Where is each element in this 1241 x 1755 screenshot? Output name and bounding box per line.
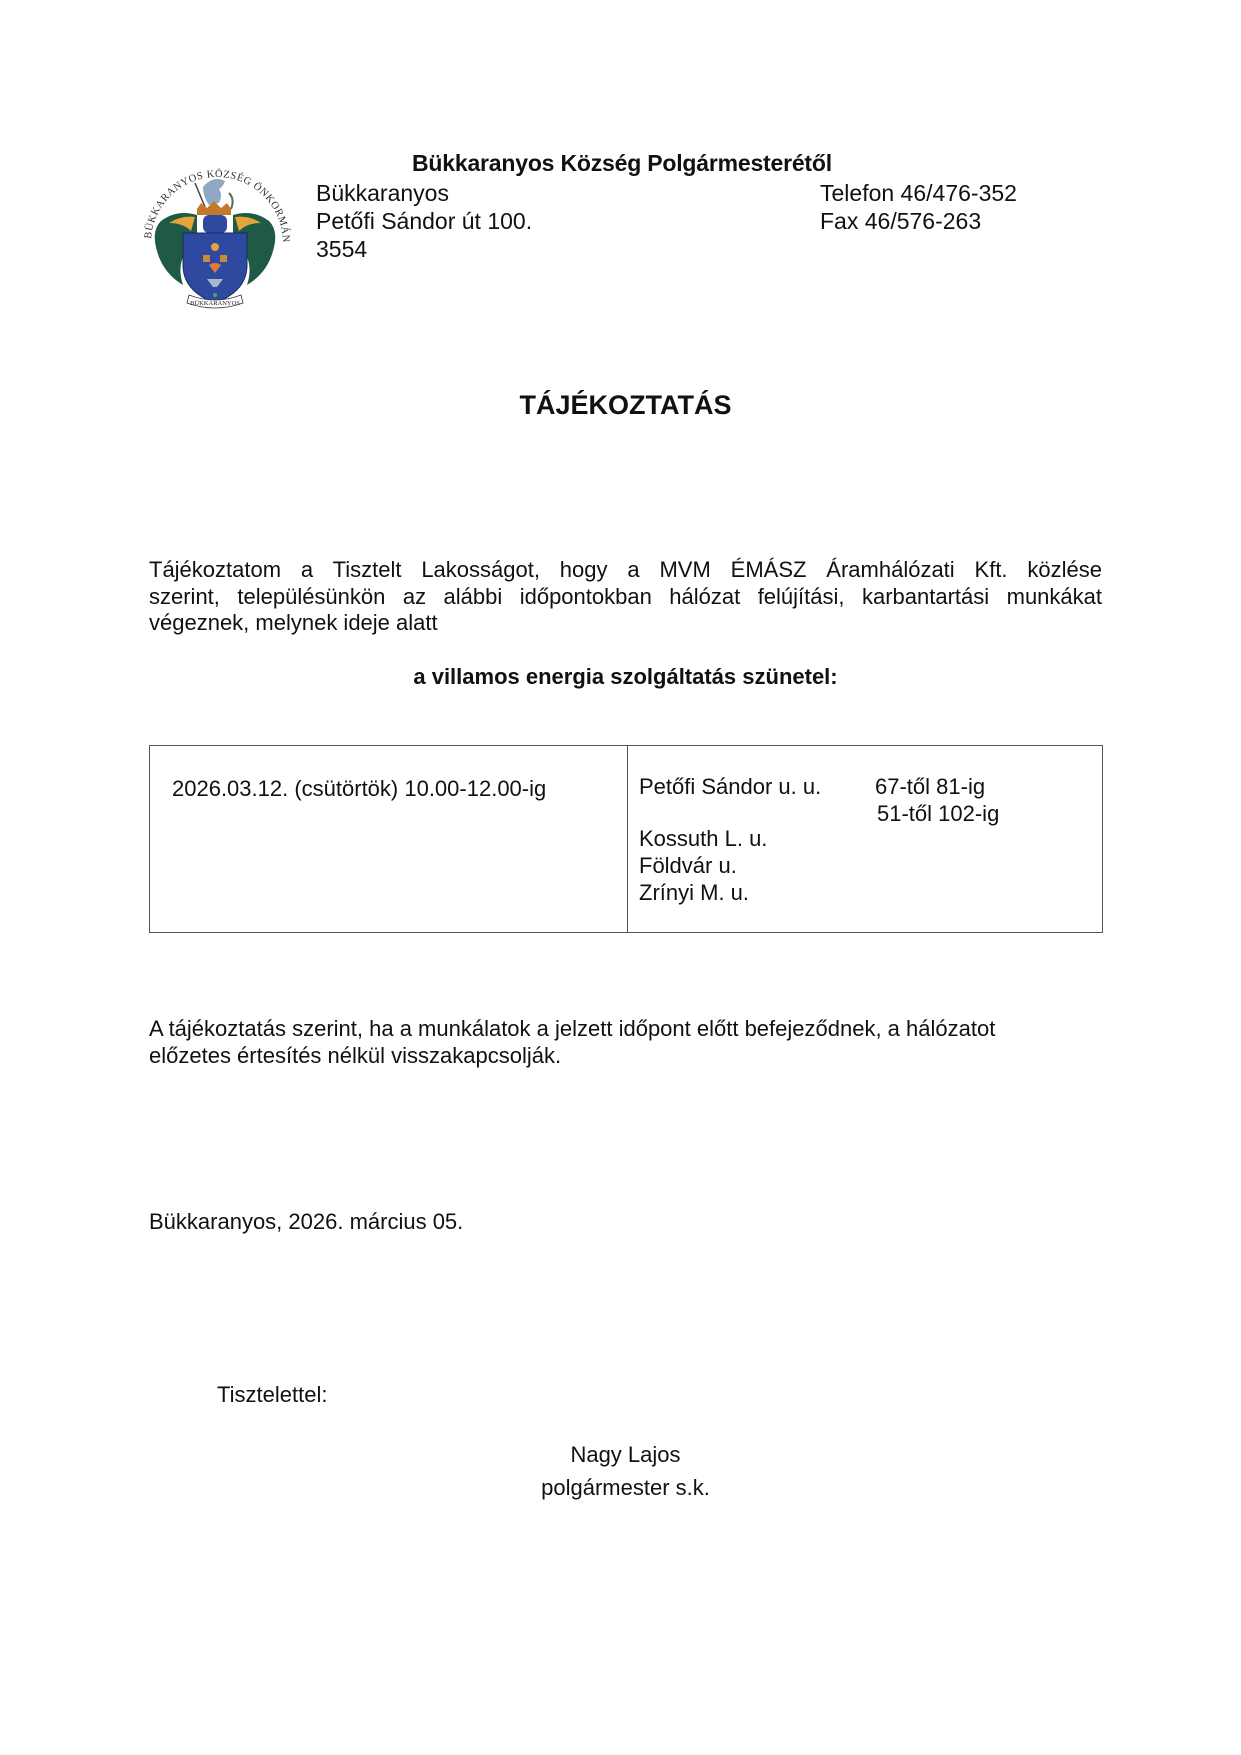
svg-text:BÜKKARANYOS: BÜKKARANYOS bbox=[190, 300, 240, 307]
intro-paragraph: Tájékoztatom a Tisztelt Lakosságot, hogy… bbox=[149, 557, 1102, 637]
signature-block: Nagy Lajos polgármester s.k. bbox=[0, 1438, 1241, 1504]
streets-cell: Petőfi Sándor u. u. 67-től 81-ig 51-től … bbox=[628, 746, 1103, 933]
document-title: TÁJÉKOZTATÁS bbox=[0, 390, 1241, 421]
table-row: 2026.03.12. (csütörtök) 10.00-12.00-ig P… bbox=[150, 746, 1103, 933]
closing-paragraph: A tájékoztatás szerint, ha a munkálatok … bbox=[149, 1015, 1102, 1069]
list-item: Kossuth L. u. bbox=[639, 825, 1102, 852]
intro-line: Tájékoztatom a Tisztelt Lakosságot, hogy… bbox=[149, 557, 1102, 584]
letterhead-title: Bükkaranyos Község Polgármesterétől bbox=[412, 149, 832, 177]
coat-of-arms-logo: BÜKKARANYOS KÖZSÉG ÖNKORMÁNYZATA BÜKKARA… bbox=[133, 143, 297, 313]
street-name: Kossuth L. u. bbox=[639, 825, 875, 852]
closing-line: előzetes értesítés nélkül visszakapcsolj… bbox=[149, 1042, 1102, 1069]
outage-date-time: 2026.03.12. (csütörtök) 10.00-12.00-ig bbox=[172, 776, 627, 802]
intro-line: szerint, településünkön az alábbi időpon… bbox=[149, 584, 1102, 611]
street-name: Földvár u. bbox=[639, 852, 875, 879]
letterhead-contact: Telefon 46/476-352 Fax 46/576-263 bbox=[820, 179, 1017, 235]
list-item: Földvár u. bbox=[639, 852, 1102, 879]
intro-line: végeznek, melynek ideje alatt bbox=[149, 610, 1102, 637]
list-item: Petőfi Sándor u. u. 67-től 81-ig bbox=[639, 773, 1102, 800]
date-time-cell: 2026.03.12. (csütörtök) 10.00-12.00-ig bbox=[150, 746, 628, 933]
address-line-postcode: 3554 bbox=[316, 235, 532, 263]
signatory-name: Nagy Lajos bbox=[0, 1438, 1241, 1471]
signatory-role: polgármester s.k. bbox=[0, 1471, 1241, 1504]
address-line-street: Petőfi Sándor út 100. bbox=[316, 207, 532, 235]
house-number-range: 51-től 102-ig bbox=[875, 800, 999, 827]
place-and-date: Bükkaranyos, 2026. március 05. bbox=[149, 1208, 463, 1236]
list-item: 51-től 102-ig bbox=[639, 800, 1102, 827]
outage-schedule-table: 2026.03.12. (csütörtök) 10.00-12.00-ig P… bbox=[149, 745, 1103, 933]
house-number-range: 67-től 81-ig bbox=[875, 773, 985, 800]
contact-fax: Fax 46/576-263 bbox=[820, 207, 1017, 235]
closing-line: A tájékoztatás szerint, ha a munkálatok … bbox=[149, 1015, 1102, 1042]
address-line-town: Bükkaranyos bbox=[316, 179, 532, 207]
contact-phone: Telefon 46/476-352 bbox=[820, 179, 1017, 207]
street-name bbox=[639, 800, 875, 827]
street-name: Zrínyi M. u. bbox=[639, 879, 875, 906]
greeting: Tisztelettel: bbox=[217, 1381, 327, 1409]
street-list: Petőfi Sándor u. u. 67-től 81-ig 51-től … bbox=[639, 773, 1102, 906]
letterhead-address: Bükkaranyos Petőfi Sándor út 100. 3554 bbox=[316, 179, 532, 263]
coat-of-arms-icon: BÜKKARANYOS KÖZSÉG ÖNKORMÁNYZATA BÜKKARA… bbox=[133, 143, 297, 313]
street-name: Petőfi Sándor u. u. bbox=[639, 773, 875, 800]
outage-subheading: a villamos energia szolgáltatás szünetel… bbox=[0, 664, 1241, 690]
list-item: Zrínyi M. u. bbox=[639, 879, 1102, 906]
